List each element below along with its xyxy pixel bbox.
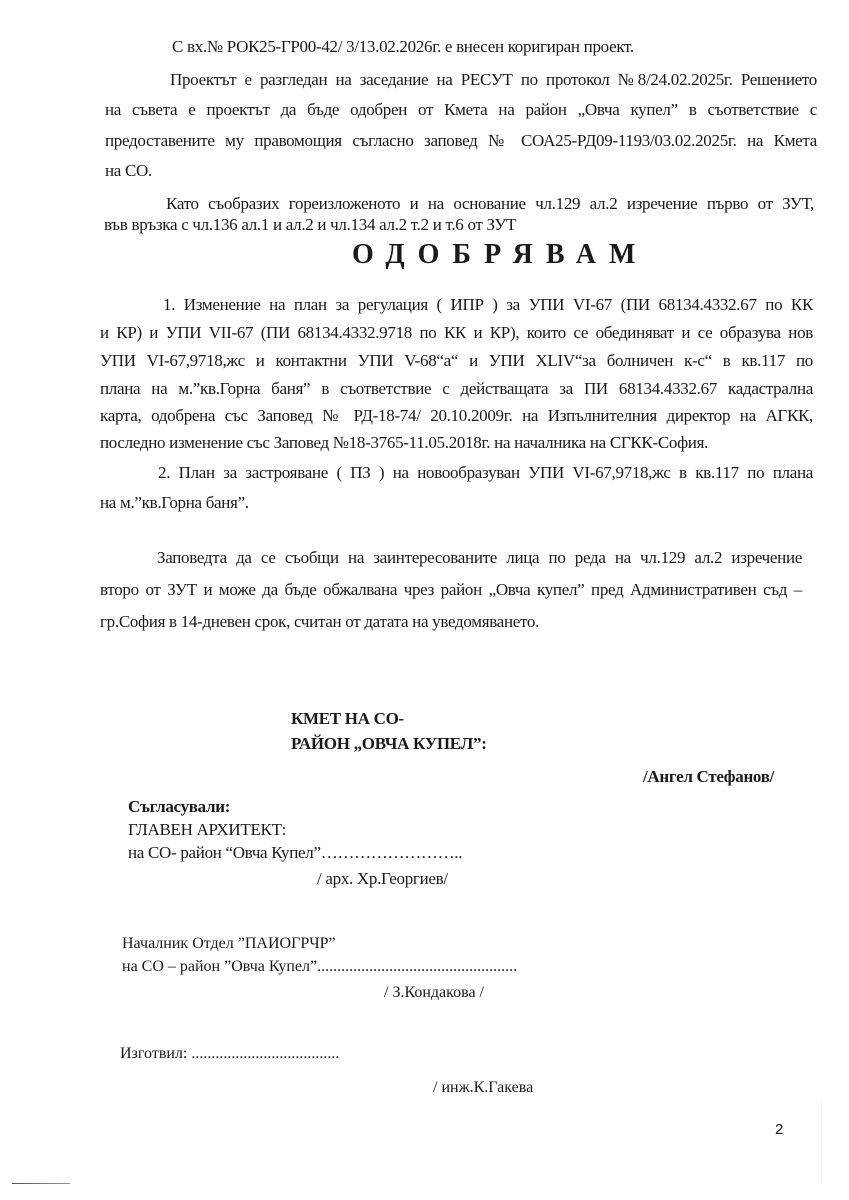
notice-line: гр.София в 14-дневен срок, считан от дат… <box>100 612 539 632</box>
scan-edge-divider <box>821 1100 822 1185</box>
prepared-by-name: / инж.К.Гакева <box>433 1078 533 1098</box>
department-head-title: Началник Отдел ”ПАИОГРЧР” <box>122 934 336 954</box>
department-head-name: / З.Кондакова / <box>384 983 484 1003</box>
intro-line: С вх.№ РОК25-ГР00-42/ 3/13.02.2026г. е в… <box>172 37 634 57</box>
decision-item-line: последно изменение със Заповед №18-3765-… <box>100 433 708 453</box>
decision-item-line: плана на м.”кв.Горна баня” в съответстви… <box>100 379 813 399</box>
decision-item-line: и КР) и УПИ VII-67 (ПИ 68134.4332.9718 п… <box>100 323 813 343</box>
decision-item-line: 2. План за застрояване ( ПЗ ) на новообр… <box>158 463 813 483</box>
intro-paragraph-line: на СО. <box>105 161 152 181</box>
chief-architect-signature-line: на СО- район “Овча Купел”…………………….. <box>128 843 462 863</box>
intro-paragraph-line: Проектът е разгледан на заседание на РЕС… <box>170 70 817 90</box>
decision-item-line: на м.”кв.Горна баня”. <box>100 493 249 513</box>
decision-item-line: 1. Изменение на план за регулация ( ИПР … <box>163 295 813 315</box>
chief-architect-name: / арх. Хр.Георгиев/ <box>317 869 448 889</box>
mayor-name: /Ангел Стефанов/ <box>643 767 774 787</box>
decision-item-line: УПИ VI-67,9718,жс и контактни УПИ V-68“а… <box>100 351 813 371</box>
basis-paragraph-line: във връзка с чл.136 ал.1 и ал.2 и чл.134… <box>104 215 516 235</box>
basis-paragraph-line: Като съобразих гореизложеното и на основ… <box>166 194 814 214</box>
intro-paragraph-line: на съвета е проектът да бъде одобрен от … <box>105 100 817 120</box>
decision-item-line: карта, одобрена със Заповед № РД-18-74/ … <box>100 406 813 426</box>
prepared-by-signature-line: Изготвил: ..............................… <box>120 1044 339 1064</box>
page-number: 2 <box>775 1121 783 1138</box>
notice-line: Заповедта да се съобщи на заинтересовани… <box>157 548 802 568</box>
department-head-signature-line: на СО – район ”Овча Купел”..............… <box>122 957 517 977</box>
decision-heading: ОДОБРЯВАМ <box>352 238 648 272</box>
approvals-label: Съгласували: <box>128 797 230 817</box>
scan-mark-divider <box>12 1183 70 1184</box>
intro-paragraph-line: предоставените му правомощия съгласно за… <box>105 131 817 151</box>
chief-architect-title: ГЛАВЕН АРХИТЕКТ: <box>128 820 286 840</box>
mayor-title-line1: КМЕТ НА СО- <box>291 709 404 729</box>
notice-line: второ от ЗУТ и може да бъде обжалвана чр… <box>100 580 802 600</box>
mayor-title-line2: РАЙОН „ОВЧА КУПЕЛ”: <box>291 734 487 754</box>
